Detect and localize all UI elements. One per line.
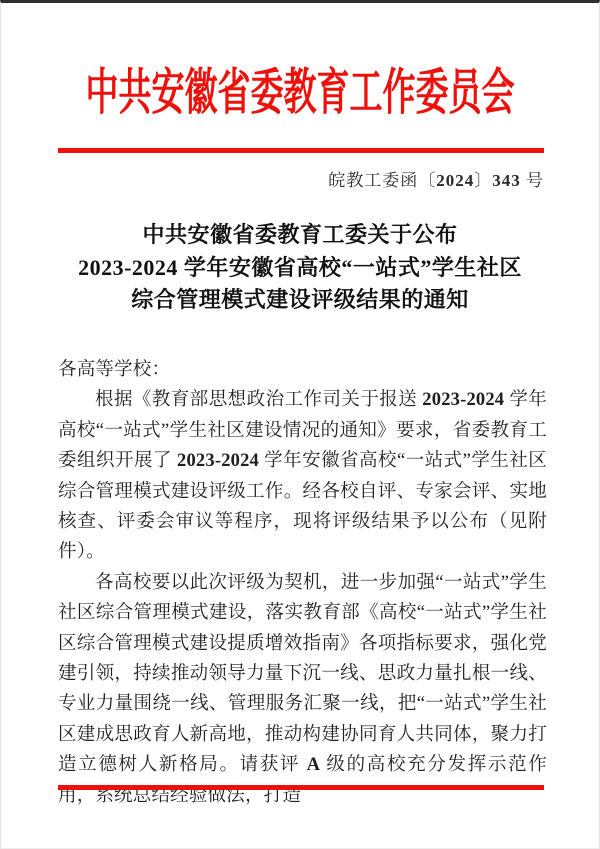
letterhead-org-name: 中共安徽省委教育工作委员会 bbox=[1, 67, 599, 105]
document-title-line-1: 中共安徽省委教育工委关于公布 bbox=[1, 219, 599, 252]
letterhead-divider-rule bbox=[58, 148, 544, 153]
document-title-line-3: 综合管理模式建设评级结果的通知 bbox=[1, 284, 599, 317]
page-bottom-rule bbox=[58, 785, 544, 790]
body-paragraph-2: 各高校要以此次评级为契机，进一步加强“一站式”学生社区综合管理模式建设，落实教育… bbox=[58, 568, 547, 811]
document-page: 中共安徽省委教育工作委员会 皖教工委函〔2024〕343 号 中共安徽省委教育工… bbox=[0, 0, 600, 849]
salutation: 各高等学校： bbox=[58, 355, 547, 385]
document-title: 中共安徽省委教育工委关于公布 2023-2024 学年安徽省高校“一站式”学生社… bbox=[1, 219, 599, 317]
body-paragraph-1: 根据《教育部思想政治工作司关于报送 2023-2024 学年高校“一站式”学生社… bbox=[58, 385, 547, 567]
letterhead-org-name-text: 中共安徽省委教育工作委员会 bbox=[86, 67, 515, 124]
document-title-line-2: 2023-2024 学年安徽省高校“一站式”学生社区 bbox=[1, 252, 599, 285]
document-reference-number: 皖教工委函〔2024〕343 号 bbox=[328, 166, 544, 191]
document-body: 各高等学校： 根据《教育部思想政治工作司关于报送 2023-2024 学年高校“… bbox=[58, 355, 547, 811]
